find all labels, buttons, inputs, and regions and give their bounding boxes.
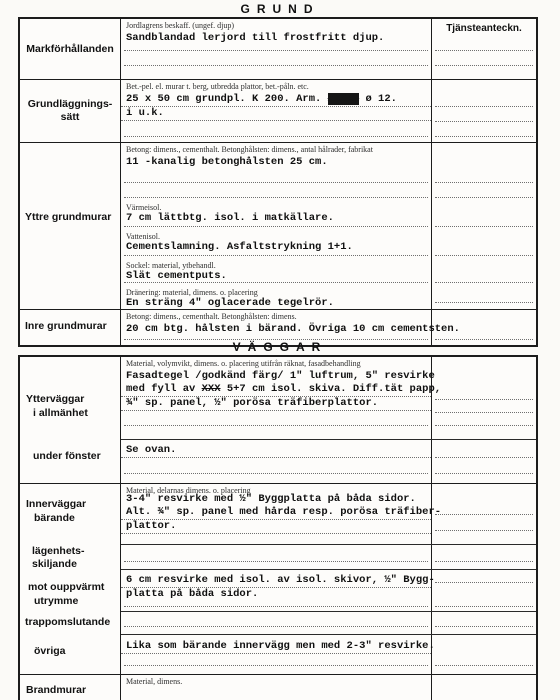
notes-cell: Tjänsteanteckn. [431, 19, 536, 79]
field-value: Cementslamning. Asfaltstrykning 1+1. [121, 241, 431, 254]
notes-cell [431, 635, 536, 674]
ruled-line [124, 182, 428, 183]
field-caption: Betong: dimens., cementhalt. Betonghålst… [121, 143, 431, 154]
ruled-line [124, 473, 428, 474]
ruled-line [435, 65, 533, 66]
ruled-line [435, 226, 533, 227]
ruled-line [124, 626, 428, 627]
row-label: Inre grundmurar [25, 320, 107, 333]
field-value: En sträng 4" oglacerade tegelrör. [121, 297, 431, 310]
row-label-mot-ouppvarmt: mot ouppvärmt [28, 581, 104, 594]
field-value-line2: platta på båda sidor. [121, 588, 431, 601]
field-caption: Dränering: material, dimens. o. placerin… [121, 286, 431, 297]
ruled-line [435, 582, 533, 583]
ruled-line [435, 665, 533, 666]
ruled-line [435, 182, 533, 183]
field-caption: Material, volymvikt, dimens. o. placerin… [121, 357, 431, 368]
ruled-line [435, 282, 533, 283]
field-caption: Värmeisol. [121, 201, 431, 212]
row-label-cell: Innerväggar bärande lägenhets- skiljande… [20, 484, 121, 674]
ruled-line [124, 50, 428, 51]
row-label-under-fonster: under fönster [33, 450, 101, 463]
notes-cell [431, 440, 536, 483]
row-yttervaggar: Ytterväggar i allmänhet under fönster Ma… [20, 357, 536, 483]
vaggar-table: Ytterväggar i allmänhet under fönster Ma… [18, 355, 538, 700]
notes-cell [431, 357, 536, 439]
row-label-skiljande: skiljande [32, 558, 77, 571]
notes-cell [431, 484, 536, 544]
section-title-grund: GRUND [0, 2, 560, 16]
field-value: Se ovan. [121, 444, 431, 458]
field-caption: Bet.-pel. el. murar t. berg, utbredda pl… [121, 80, 431, 91]
ruled-line [435, 425, 533, 426]
ruled-line [435, 412, 533, 413]
ruled-line [435, 514, 533, 515]
ruled-line [435, 457, 533, 458]
row-label-lagenhets: lägenhets- [32, 545, 85, 558]
row-label-line1: Grundläggnings- [28, 98, 113, 111]
row-grundlaggningssatt: Grundläggnings- sätt Bet.-pel. el. murar… [20, 79, 536, 142]
field-value-line2: med fyll av XXX 5+7 cm isol. skiva. Diff… [121, 383, 431, 397]
notes-cell [431, 80, 536, 142]
notes-cell [431, 612, 536, 634]
notes-cell [431, 259, 536, 286]
ruled-line [124, 136, 428, 137]
field-caption: Jordlagrens beskaff. (ungef. djup) [121, 19, 431, 30]
ruled-line [435, 136, 533, 137]
field-caption: Sockel: material, ytbehandl. [121, 259, 431, 270]
ruled-line [435, 530, 533, 531]
notes-cell [431, 545, 536, 569]
field-value: 25 x 50 cm grundpl. K 200. Arm. XXXXX ø … [121, 93, 431, 107]
row-label-ovriga: övriga [34, 645, 66, 658]
ruled-line [435, 473, 533, 474]
field-value-line2: Alt. ¾" sp. panel med hårda resp. porösa… [121, 506, 431, 520]
ruled-line [435, 255, 533, 256]
field-value: 20 cm btg. hålsten i bärand. Övriga 10 c… [121, 323, 431, 336]
ruled-line [124, 606, 428, 607]
field-value-line3: plattor. [121, 520, 431, 534]
ruled-line [435, 626, 533, 627]
row-label: Brandmurar [26, 684, 86, 697]
notes-cell [431, 230, 536, 259]
notes-cell [431, 570, 536, 611]
notes-column-header: Tjänsteanteckn. [432, 19, 536, 34]
ruled-line [124, 425, 428, 426]
ruled-line [435, 302, 533, 303]
ruled-line [435, 50, 533, 51]
row-label-cell: Brandmurar [20, 675, 121, 700]
ruled-line [435, 106, 533, 107]
notes-cell [431, 201, 536, 230]
field-caption: Vattenisol. [121, 230, 431, 241]
field-value-line1: 6 cm resvirke med isol. av isol. skivor,… [121, 574, 431, 588]
row-label-cell: Grundläggnings- sätt [20, 80, 121, 142]
notes-cell [431, 675, 536, 700]
ruled-line [435, 121, 533, 122]
row-label-innervaggar: Innerväggar [26, 498, 86, 511]
ruled-line [124, 226, 428, 227]
row-label-line2: sätt [61, 111, 80, 124]
section-title-vaggar: VÄGGAR [0, 340, 560, 354]
field-value-line3: ¾" sp. panel, ½" porösa träfiberplattor. [121, 397, 431, 411]
row-label: Yttre grundmurar [25, 211, 111, 224]
ruled-line [435, 399, 533, 400]
field-caption: Betong: dimens., cementhalt. Betonghålst… [121, 310, 431, 321]
row-label-barande: bärande [34, 512, 75, 525]
field-value-line1: 3-4" resvirke med ½" Byggplatta på båda … [121, 493, 431, 506]
ruled-line [124, 197, 428, 198]
ruled-line [435, 197, 533, 198]
ruled-line [124, 65, 428, 66]
scanned-building-specification-form: GRUND Markförhållanden Jordlagrens beska… [0, 0, 560, 700]
field-value: Sandblandad lerjord till frostfritt djup… [121, 32, 431, 45]
ruled-line [124, 561, 428, 562]
field-value: Slät cementputs. [121, 270, 431, 283]
ruled-line [124, 255, 428, 256]
redacted-text: XXXXX [328, 93, 360, 105]
field-value-line2: i u.k. [121, 107, 431, 121]
notes-cell [431, 143, 536, 201]
struck-text: XXX [202, 383, 221, 395]
row-label-line2: i allmänhet [33, 407, 88, 420]
row-brandmurar: Brandmurar Material, dimens. [20, 674, 536, 700]
ruled-line [435, 561, 533, 562]
row-label-trappomslutande: trappomslutande [25, 616, 110, 629]
field-value: Lika som bärande innervägg men med 2-3" … [121, 640, 431, 654]
row-label: Markförhållanden [26, 43, 114, 56]
row-innervaggar: Innerväggar bärande lägenhets- skiljande… [20, 483, 536, 674]
ruled-line [124, 665, 428, 666]
field-caption: Material, dimens. [121, 675, 431, 686]
row-label-line1: Ytterväggar [26, 393, 84, 406]
grund-table: Markförhållanden Jordlagrens beskaff. (u… [18, 17, 538, 347]
row-label-cell: Ytterväggar i allmänhet under fönster [20, 357, 121, 483]
notes-cell [431, 286, 536, 309]
row-yttre-grundmurar: Yttre grundmurar Betong: dimens., cement… [20, 142, 536, 309]
row-markforhallanden: Markförhållanden Jordlagrens beskaff. (u… [20, 19, 536, 79]
field-value: 7 cm lättbtg. isol. i matkällare. [121, 212, 431, 225]
row-label-cell: Yttre grundmurar [20, 143, 121, 309]
field-value: 11 -kanalig betonghålsten 25 cm. [121, 156, 431, 169]
ruled-line [435, 606, 533, 607]
row-label-utrymme: utrymme [34, 595, 78, 608]
row-label-cell: Markförhållanden [20, 19, 121, 79]
field-value-line1: Fasadtegel /godkänd färg/ 1" luftrum, 5"… [121, 370, 431, 383]
